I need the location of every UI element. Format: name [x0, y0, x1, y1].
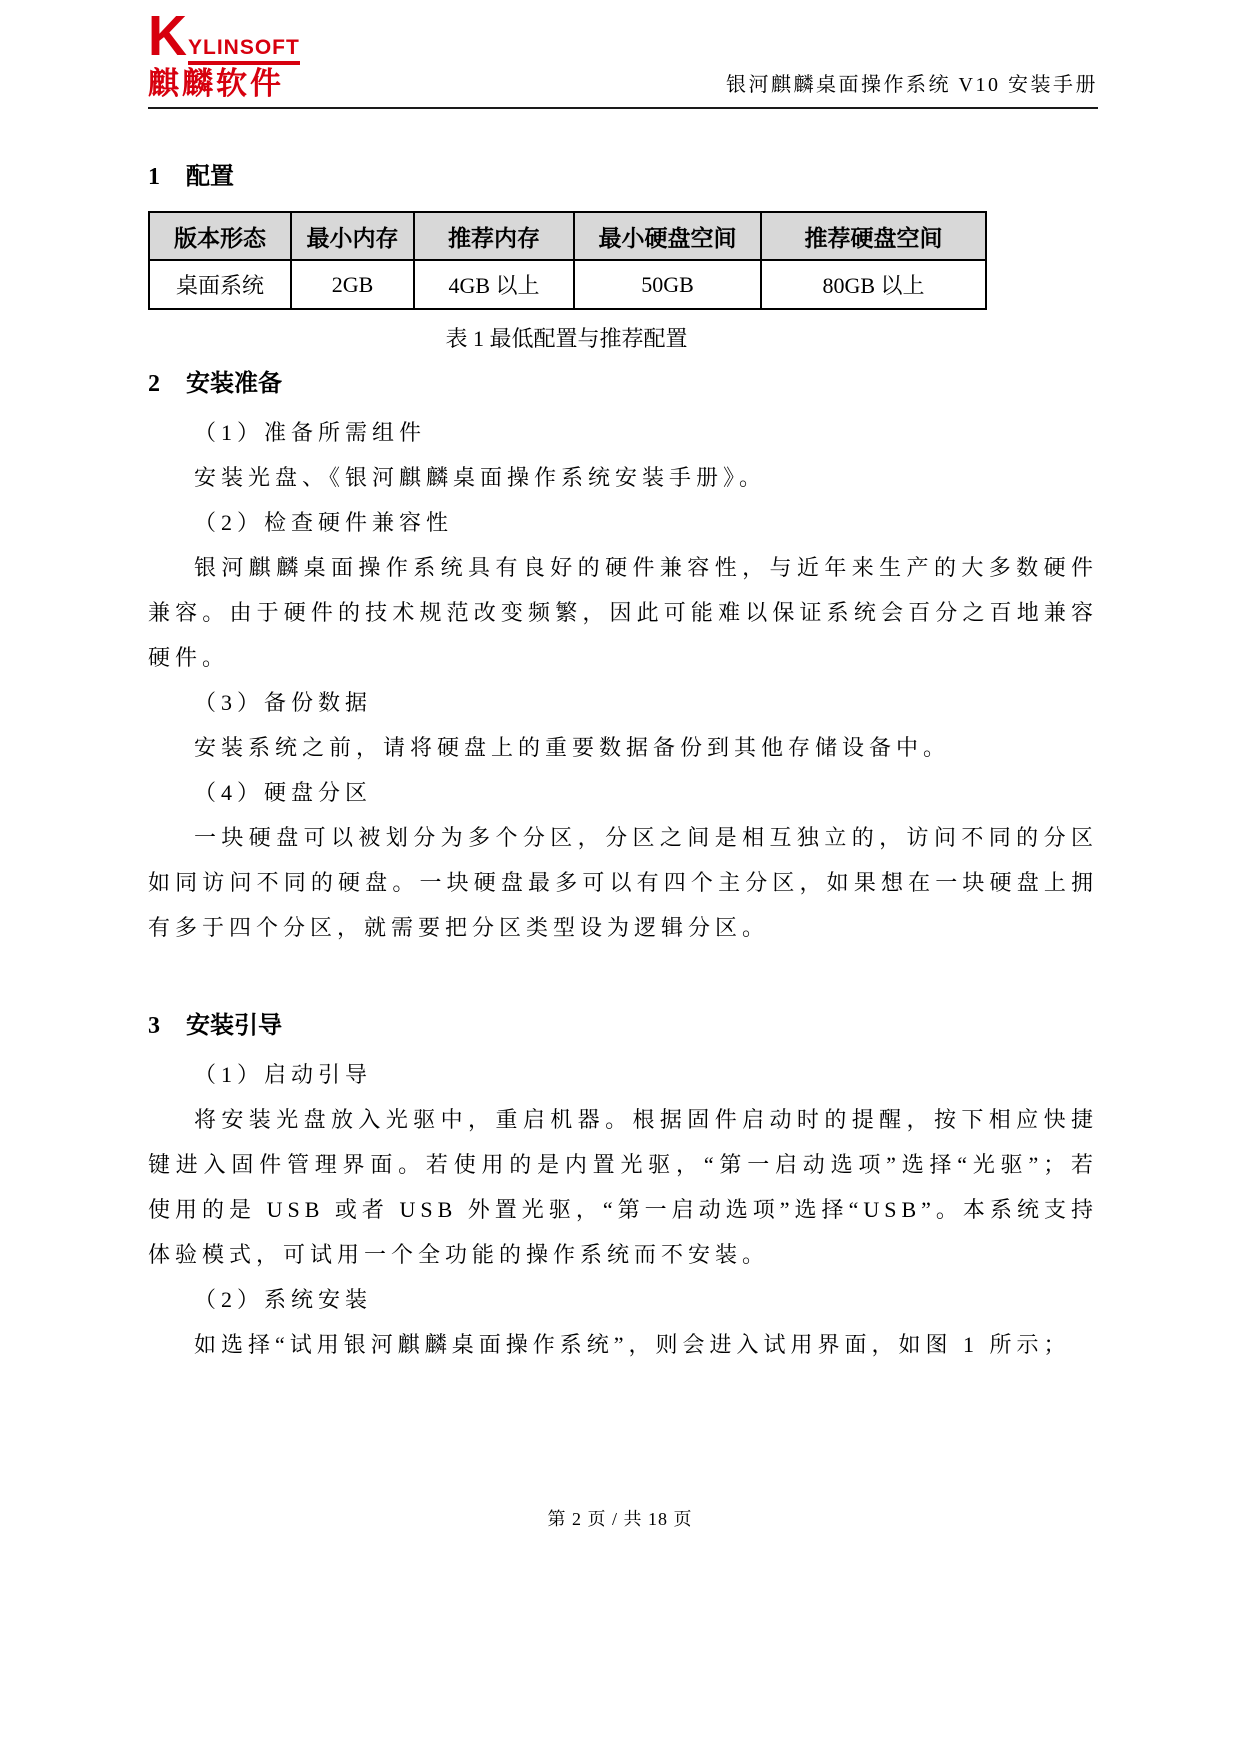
section-2-body: （1）准备所需组件 安装光盘、《银河麒麟桌面操作系统安装手册》。 （2）检查硬件… [148, 410, 1098, 950]
paragraph: 安装光盘、《银河麒麟桌面操作系统安装手册》。 [148, 455, 1098, 500]
section-3-body: （1）启动引导 将安装光盘放入光驱中，重启机器。根据固件启动时的提醒，按下相应快… [148, 1052, 1098, 1367]
paragraph: 安装系统之前，请将硬盘上的重要数据备份到其他存储设备中。 [148, 725, 1098, 770]
section-3-title: 安装引导 [186, 1012, 282, 1039]
list-item: （1）准备所需组件 [148, 410, 1098, 455]
paragraph: 如选择“试用银河麒麟桌面操作系统”，则会进入试用界面，如图 1 所示； [148, 1322, 1098, 1367]
section-1-title: 配置 [186, 163, 234, 190]
table-cell: 桌面系统 [149, 260, 291, 309]
section-2-title: 安装准备 [186, 370, 282, 397]
table-header-cell: 版本形态 [149, 212, 291, 260]
config-table-data-row: 桌面系统 2GB 4GB 以上 50GB 80GB 以上 [149, 260, 986, 309]
section-3-number: 3 [148, 1010, 186, 1042]
config-table: 版本形态 最小内存 推荐内存 最小硬盘空间 推荐硬盘空间 桌面系统 2GB 4G… [148, 211, 987, 310]
table-header-cell: 推荐硬盘空间 [761, 212, 986, 260]
table-caption: 表 1 最低配置与推荐配置 [148, 324, 985, 354]
table-cell: 50GB [574, 260, 761, 309]
list-item: （2）系统安装 [148, 1277, 1098, 1322]
logo-name-rest: YLINSOFT [188, 37, 300, 65]
table-header-cell: 推荐内存 [414, 212, 574, 260]
page-number-text: 第 2 页 / 共 18 页 [547, 1509, 692, 1529]
list-item: （3）备份数据 [148, 680, 1098, 725]
table-cell: 80GB 以上 [761, 260, 986, 309]
section-1-number: 1 [148, 161, 186, 193]
table-cell: 4GB 以上 [414, 260, 574, 309]
kylinsoft-logo: KYLINSOFT 麒麟软件 [148, 12, 300, 99]
section-2-heading: 2安装准备 [148, 368, 1098, 400]
list-item: （4）硬盘分区 [148, 770, 1098, 815]
list-item: （1）启动引导 [148, 1052, 1098, 1097]
document-page: KYLINSOFT 麒麟软件 银河麒麟桌面操作系统 V10 安装手册 1配置 版… [0, 0, 1240, 1367]
kylinsoft-wordmark-en: KYLINSOFT [148, 12, 300, 65]
paragraph: 银河麒麟桌面操作系统具有良好的硬件兼容性，与近年来生产的大多数硬件兼容。由于硬件… [148, 545, 1098, 680]
table-header-cell: 最小硬盘空间 [574, 212, 761, 260]
kylinsoft-wordmark-cn: 麒麟软件 [148, 68, 300, 99]
list-item: （2）检查硬件兼容性 [148, 500, 1098, 545]
section-1-heading: 1配置 [148, 161, 1098, 193]
page-footer: 第 2 页 / 共 18 页 [0, 1505, 1240, 1531]
config-table-header-row: 版本形态 最小内存 推荐内存 最小硬盘空间 推荐硬盘空间 [149, 212, 986, 260]
page-header: KYLINSOFT 麒麟软件 银河麒麟桌面操作系统 V10 安装手册 [148, 0, 1098, 109]
table-cell: 2GB [291, 260, 414, 309]
table-header-cell: 最小内存 [291, 212, 414, 260]
paragraph: 将安装光盘放入光驱中，重启机器。根据固件启动时的提醒，按下相应快捷键进入固件管理… [148, 1097, 1098, 1277]
document-title: 银河麒麟桌面操作系统 V10 安装手册 [726, 68, 1098, 99]
section-2-number: 2 [148, 368, 186, 400]
section-3-heading: 3安装引导 [148, 1010, 1098, 1042]
logo-k-letter: K [148, 11, 187, 62]
paragraph: 一块硬盘可以被划分为多个分区，分区之间是相互独立的，访问不同的分区如同访问不同的… [148, 815, 1098, 950]
